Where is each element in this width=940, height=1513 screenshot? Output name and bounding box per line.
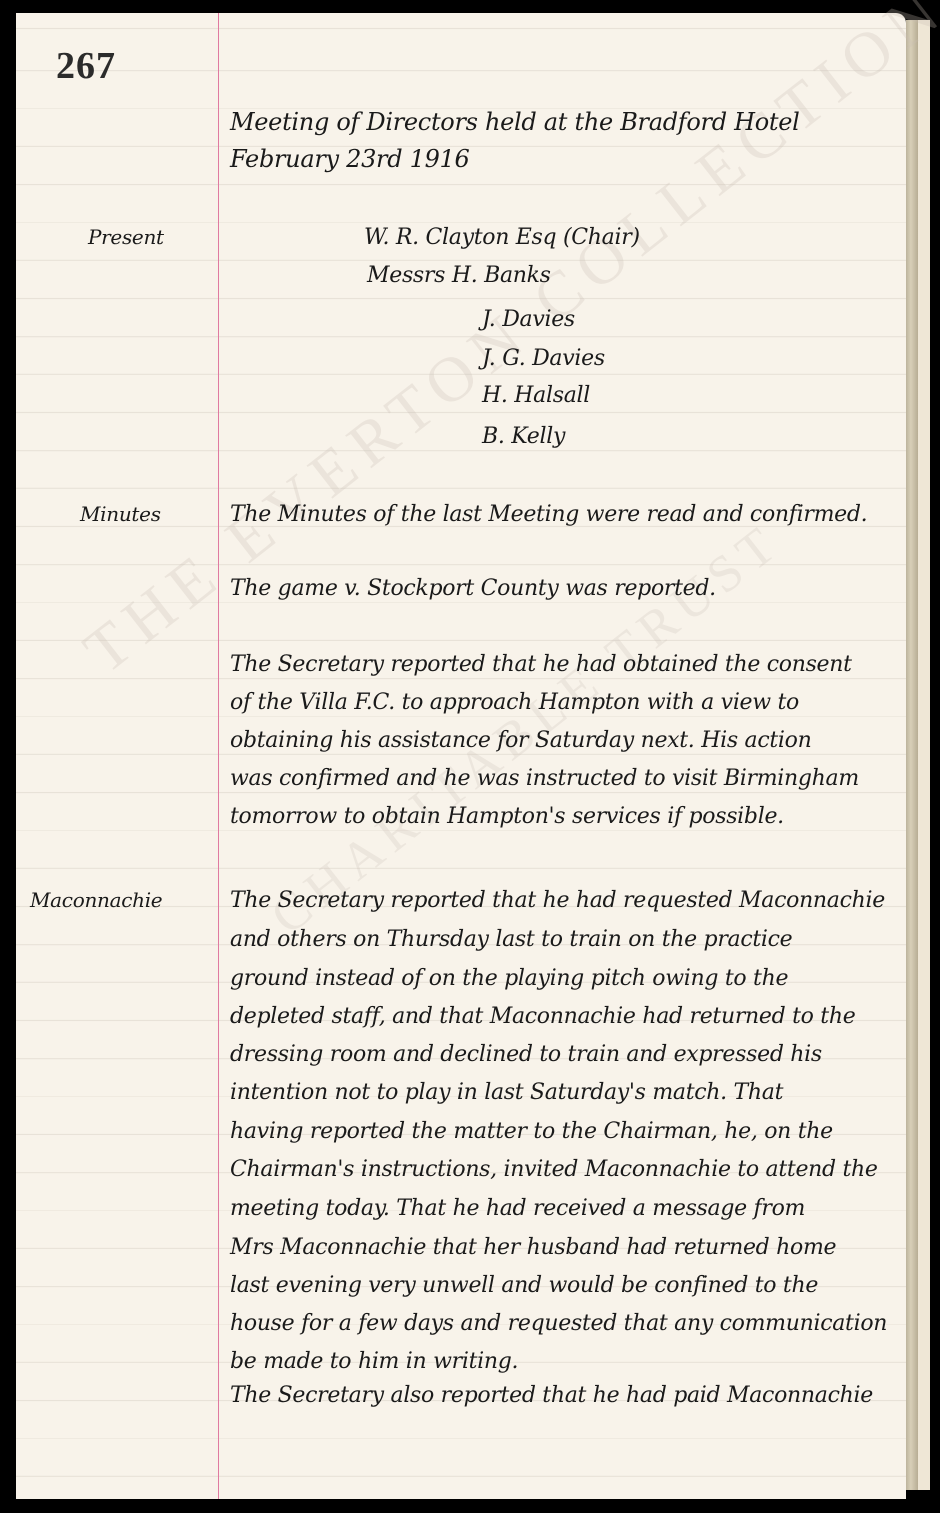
maconnachie-line: having reported the matter to the Chairm… <box>230 1119 833 1144</box>
maconnachie-line: Mrs Maconnachie that her husband had ret… <box>230 1235 836 1260</box>
attendee-chair: W. R. Clayton Esq (Chair) <box>364 225 640 250</box>
maconnachie-line: intention not to play in last Saturday's… <box>230 1080 783 1105</box>
heading-title: Meeting of Directors held at the Bradfor… <box>230 108 799 136</box>
maconnachie-line: be made to him in writing. <box>230 1349 518 1374</box>
maconnachie-line: The Secretary reported that he had reque… <box>230 888 885 913</box>
maconnachie-line: The Secretary also reported that he had … <box>230 1383 873 1408</box>
maconnachie-line: dressing room and declined to train and … <box>230 1042 822 1067</box>
maconnachie-line: ground instead of on the playing pitch o… <box>230 966 788 991</box>
present-label: Present <box>88 225 164 249</box>
attendee: J. G. Davies <box>482 346 605 371</box>
maconnachie-line: and others on Thursday last to train on … <box>230 927 792 952</box>
maconnachie-label: Maconnachie <box>30 888 162 912</box>
maconnachie-line: Chairman's instructions, invited Maconna… <box>230 1157 878 1182</box>
book-page-edge <box>918 20 930 1490</box>
attendee: Messrs H. Banks <box>367 263 551 288</box>
hampton-line: was confirmed and he was instructed to v… <box>230 766 859 791</box>
margin-rule <box>218 13 219 1499</box>
maconnachie-line: meeting today. That he had received a me… <box>230 1196 805 1221</box>
minutes-text: The Minutes of the last Meeting were rea… <box>230 502 867 527</box>
page-number: 267 <box>56 44 116 88</box>
attendee: J. Davies <box>482 307 575 332</box>
stockport-report: The game v. Stockport County was reporte… <box>230 576 716 601</box>
attendee: H. Halsall <box>482 383 590 408</box>
attendee: B. Kelly <box>482 424 565 449</box>
hampton-line: of the Villa F.C. to approach Hampton wi… <box>230 690 799 715</box>
hampton-line: obtaining his assistance for Saturday ne… <box>230 728 811 753</box>
hampton-line: tomorrow to obtain Hampton's services if… <box>230 804 784 829</box>
maconnachie-line: last evening very unwell and would be co… <box>230 1273 818 1298</box>
maconnachie-line: depleted staff, and that Maconnachie had… <box>230 1004 855 1029</box>
heading-date: February 23rd 1916 <box>230 145 470 173</box>
book-spine-edge <box>906 20 918 1490</box>
maconnachie-line: house for a few days and requested that … <box>230 1311 887 1336</box>
minutes-label: Minutes <box>80 502 161 526</box>
hampton-line: The Secretary reported that he had obtai… <box>230 652 852 677</box>
